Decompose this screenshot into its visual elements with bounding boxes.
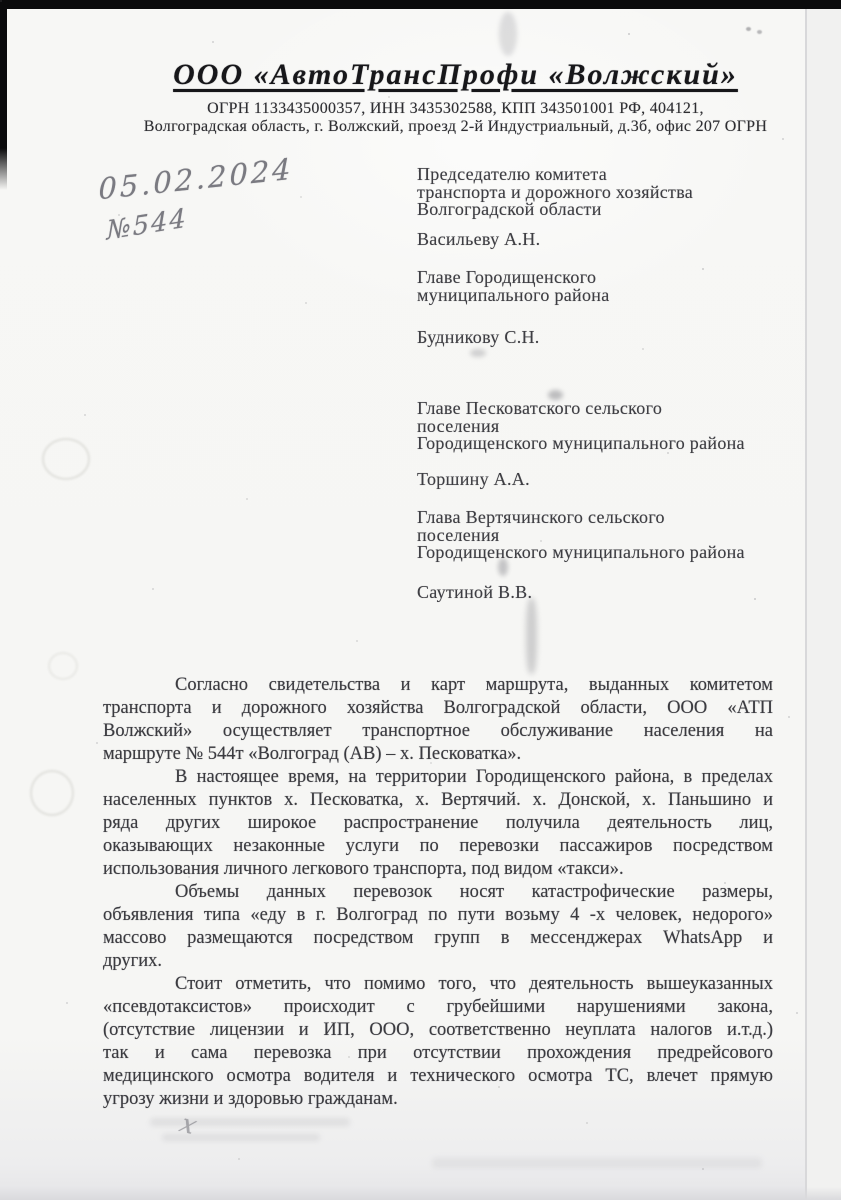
letter-line: транспорта и дорожного хозяйства Волгогр…: [103, 697, 773, 720]
scanned-letter-page: ООО «АвтоТрансПрофи «Волжский» ОГРН 1133…: [0, 0, 841, 1200]
letter-line: медицинского осмотра водителя и техничес…: [103, 1065, 773, 1088]
letter-line: других.: [103, 950, 773, 973]
recipient-group: Главе Песковатского сельского поселения …: [417, 400, 779, 453]
ink-smudge: [526, 598, 537, 674]
recipient-line: Волгоградской области: [417, 201, 779, 219]
recipient-group: Саутиной В.В.: [417, 584, 779, 602]
handwritten-date: 05.02.2024: [99, 152, 294, 207]
letter-line: использования личного легкового транспор…: [103, 858, 773, 881]
letter-line: ряда других широкое распространение полу…: [103, 812, 773, 835]
recipient-line: Городищенского муниципального района: [417, 435, 779, 453]
recipient-line: Васильеву А.Н.: [417, 231, 779, 249]
recipient-group: Глава Вертячинского сельского поселения …: [417, 509, 779, 562]
recipient-line: Председателю комитета: [417, 166, 779, 184]
paper-ring-mark: [48, 652, 78, 680]
letter-line: угрозу жизни и здоровью гражданам.: [103, 1088, 773, 1111]
recipient-line: Торшину А.А.: [417, 471, 779, 489]
recipient-line: Саутиной В.В.: [417, 584, 779, 602]
paper-ring-mark: [30, 770, 74, 816]
letterhead: ООО «АвтоТрансПрофи «Волжский» ОГРН 1133…: [105, 58, 806, 136]
letter-line: оказывающих незаконные услуги по перевоз…: [103, 835, 773, 858]
address-info-line: Волгоградская область, г. Волжский, прое…: [105, 118, 806, 136]
ink-smudge: [470, 349, 486, 357]
handwritten-outgoing-number: №544: [106, 203, 188, 246]
letter-body: Согласно свидетельства и карт маршрута, …: [103, 674, 773, 1111]
ink-smudge: [499, 12, 517, 56]
recipient-line: Главе Песковатского сельского: [417, 400, 779, 418]
letter-line: В настоящее время, на территории Городищ…: [103, 766, 773, 789]
bleedthrough-text: [432, 1158, 762, 1168]
scan-noise-speckles: [0, 0, 2, 2]
recipient-line: Глава Вертячинского сельского: [417, 509, 779, 527]
recipient-group: Васильеву А.Н.: [417, 231, 779, 249]
letter-paragraph: Объемы данных перевозок носят катастрофи…: [103, 881, 773, 973]
recipient-line: Будникову С.Н.: [417, 329, 779, 347]
ink-smudge: [746, 27, 751, 31]
scan-top-border: [0, 0, 841, 9]
paper-ring-mark: [42, 438, 90, 480]
letter-line: населенных пунктов х. Песковатка, х. Вер…: [103, 789, 773, 812]
letter-line: Объемы данных перевозок носят катастрофи…: [103, 881, 773, 904]
letter-line: массово размещаются посредством групп в …: [103, 927, 773, 950]
letter-line: Согласно свидетельства и карт маршрута, …: [103, 674, 773, 697]
recipient-line: Главе Городищенского: [417, 269, 779, 287]
recipient-line: Городищенского муниципального района: [417, 544, 779, 562]
letter-paragraph: Стоит отметить, что помимо того, что дея…: [103, 973, 773, 1111]
letter-line: Волжский» осуществляет транспортное обсл…: [103, 720, 773, 743]
letter-paragraph: Согласно свидетельства и карт маршрута, …: [103, 674, 773, 766]
letter-line: объявления типа «еду в г. Волгоград по п…: [103, 904, 773, 927]
letter-line: маршруте № 544т «Волгоград (АВ) – х. Пес…: [103, 743, 773, 766]
recipient-line: муниципального района: [417, 287, 779, 305]
letter-line: так и сама перевозка при отсутствии прох…: [103, 1042, 773, 1065]
registration-info-line: ОГРН 1133435000357, ИНН 3435302588, КПП …: [105, 100, 806, 118]
letter-paragraph: В настоящее время, на территории Городищ…: [103, 766, 773, 881]
recipient-group: Главе Городищенского муниципального райо…: [417, 269, 779, 304]
scan-left-border: [0, 0, 7, 190]
page-edge-band: [805, 9, 841, 1200]
letter-line: Стоит отметить, что помимо того, что дея…: [103, 973, 773, 996]
scan-bottom-band: [0, 1187, 841, 1200]
recipient-group: Председателю комитета транспорта и дорож…: [417, 166, 779, 219]
company-name-title: ООО «АвтоТрансПрофи «Волжский»: [173, 58, 738, 92]
letter-line: «псевдотаксистов» происходит с грубейшим…: [103, 996, 773, 1019]
recipient-group: Торшину А.А.: [417, 471, 779, 489]
recipient-group: Будникову С.Н.: [417, 329, 779, 347]
letter-line: (отсутствие лицензии и ИП, ООО, соответс…: [103, 1019, 773, 1042]
